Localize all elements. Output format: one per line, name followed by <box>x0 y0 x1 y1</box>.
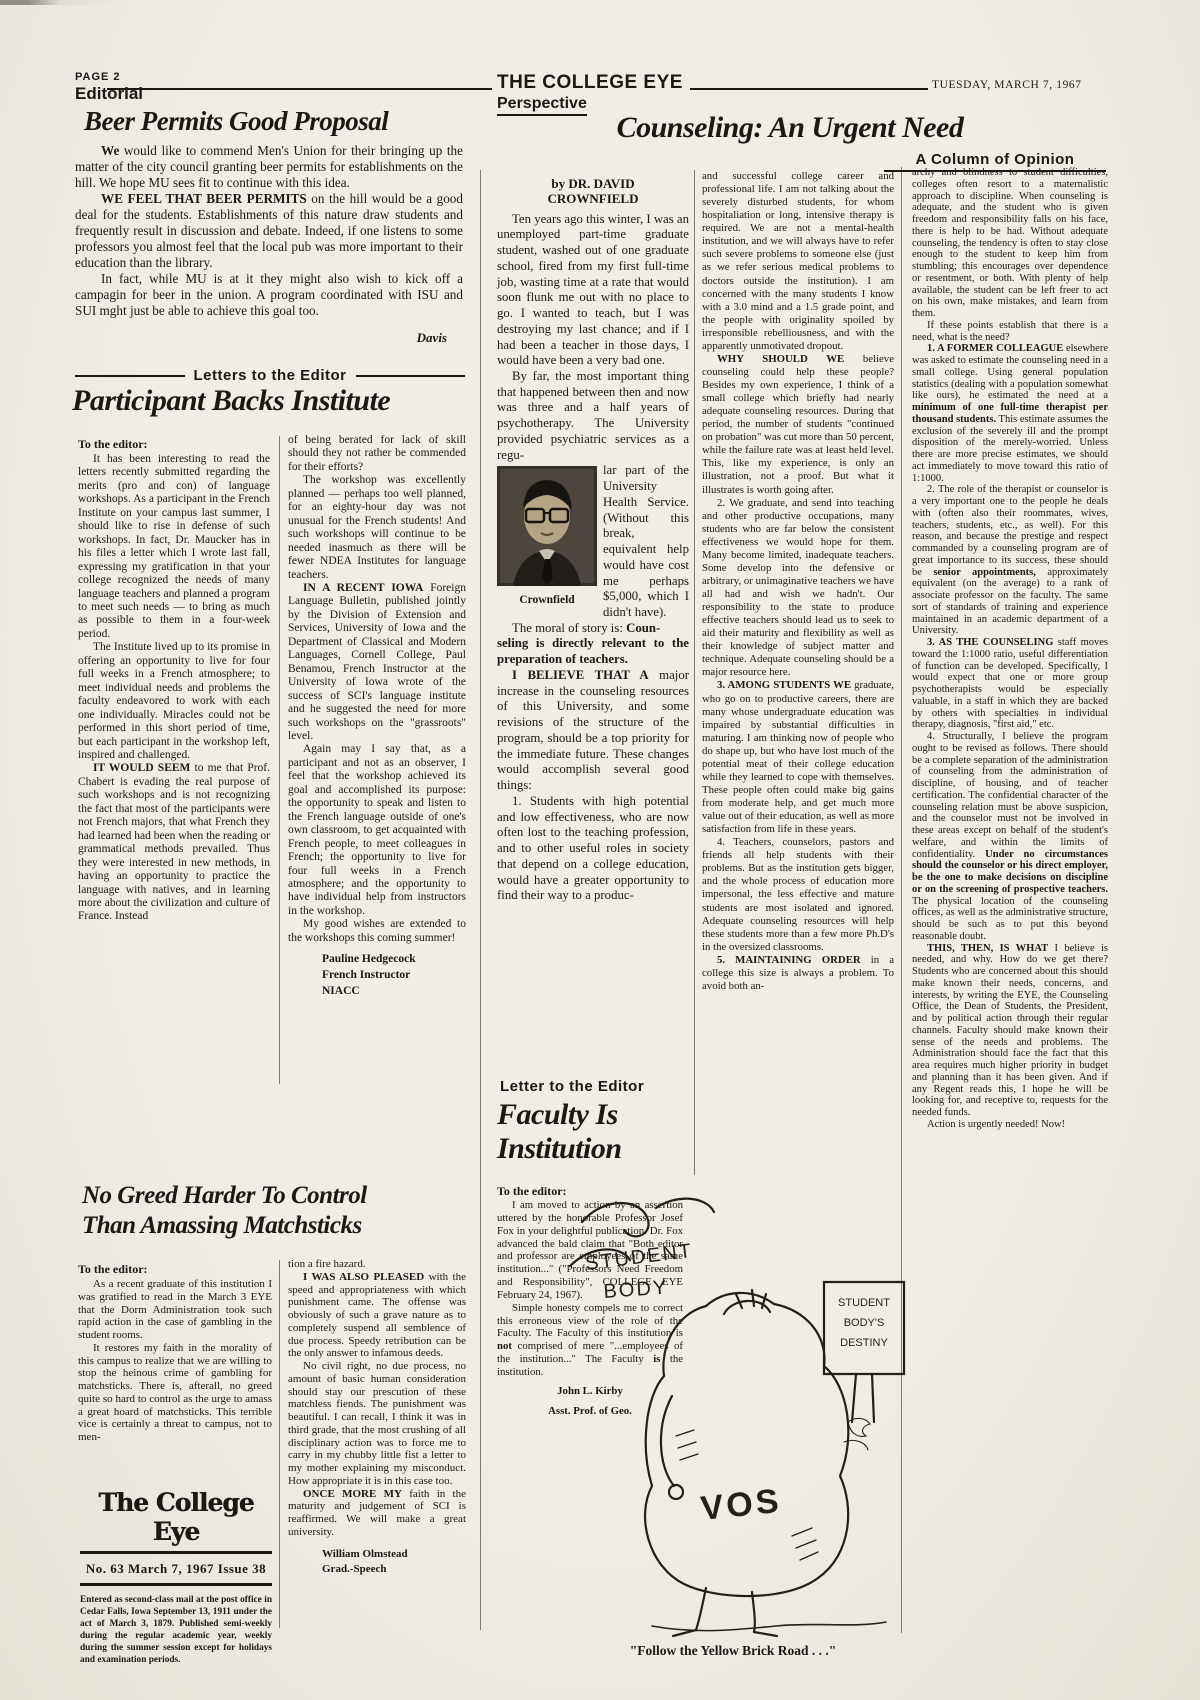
no-greed-column-1: As a recent graduate of this institution… <box>78 1278 272 1444</box>
cartoon-label-vos: VOS <box>699 1482 783 1528</box>
counseling-column-2: and successful college career and profes… <box>702 170 894 993</box>
cartoon-sign-line-2: BODY'S <box>844 1317 885 1329</box>
no-greed-column-2: tion a fire hazard.I WAS ALSO PLEASED wi… <box>288 1258 466 1577</box>
letter-headline-no-greed: No Greed Harder To Control Than Amassing… <box>82 1181 367 1240</box>
masthead-fine-print: Entered as second-class mail at the post… <box>80 1594 272 1666</box>
letters-header-label: Letters to the Editor <box>194 367 347 384</box>
page-number-label: PAGE 2 <box>75 71 121 83</box>
section-label-editorial: Editorial <box>75 84 143 104</box>
header-rule-right <box>690 88 928 90</box>
portrait-photo-image <box>497 466 597 586</box>
masthead-rule <box>80 1583 272 1586</box>
editorial-body: We would like to commend Men's Union for… <box>75 143 463 319</box>
masthead-box: The College Eye No. 63 March 7, 1967 Iss… <box>80 1488 272 1666</box>
newspaper-title: THE COLLEGE EYE <box>492 72 688 94</box>
cartoon-label-student: STUDENT <box>584 1240 694 1275</box>
column-rule <box>279 1260 280 1628</box>
header-dash-left <box>75 375 185 377</box>
letter-signature-no-greed: William OlmsteadGrad.-Speech <box>288 1547 466 1578</box>
column-headline-counseling: Counseling: An Urgent Need <box>520 111 1060 145</box>
photo-caption: Crownfield <box>497 593 597 607</box>
counseling-column-3: archy and blindness to student difficult… <box>912 167 1108 1131</box>
salutation: To the editor: <box>78 1262 148 1277</box>
editorial-headline: Beer Permits Good Proposal <box>84 106 388 137</box>
cartoon-label-body: BODY <box>603 1277 669 1303</box>
newspaper-page: PAGE 2 Editorial THE COLLEGE EYE TUESDAY… <box>0 0 1200 1700</box>
cartoon-sign-line-3: DESTINY <box>840 1337 888 1349</box>
cartoon-drawing: STUDENT BODY VOS STUDENT BODY'S DESTINY <box>556 1186 910 1638</box>
header-dash-right <box>356 375 466 377</box>
counseling-column-1: by DR. DAVID CROWNFIELD Ten years ago th… <box>497 176 689 904</box>
masthead-title: The College Eye <box>80 1488 272 1546</box>
issue-line: No. 63 March 7, 1967 Issue 38 <box>80 1561 272 1577</box>
letters-to-editor-header: Letters to the Editor <box>75 367 465 384</box>
salutation: To the editor: <box>78 437 148 452</box>
editorial-cartoon: STUDENT BODY VOS STUDENT BODY'S DESTINY <box>556 1186 910 1638</box>
participant-column-2: of being berated for lack of skill shoul… <box>288 434 466 1000</box>
masthead-rule <box>80 1551 272 1554</box>
letter-signature-participant: Pauline HedgecockFrench InstructorNIACC <box>288 951 466 999</box>
byline: by DR. DAVID CROWNFIELD <box>497 176 689 207</box>
cartoon-sign-line-1: STUDENT <box>838 1297 890 1309</box>
header-rule-left <box>107 88 492 90</box>
column-rule <box>694 170 695 1175</box>
letter-to-editor-kicker: Letter to the Editor <box>500 1078 644 1095</box>
issue-date: TUESDAY, MARCH 7, 1967 <box>932 79 1082 91</box>
cartoon-caption: "Follow the Yellow Brick Road . . ." <box>556 1643 910 1659</box>
scan-edge-artifact <box>0 0 1200 5</box>
column-rule <box>279 436 280 1084</box>
column-rule <box>480 170 481 1630</box>
letter-headline-participant: Participant Backs Institute <box>72 384 390 418</box>
participant-column-1: It has been interesting to read the lett… <box>78 453 270 924</box>
letter-headline-faculty: Faculty Is Institution <box>497 1098 622 1166</box>
crownfield-photo: Crownfield <box>497 466 597 607</box>
editorial-signature: Davis <box>75 330 447 346</box>
